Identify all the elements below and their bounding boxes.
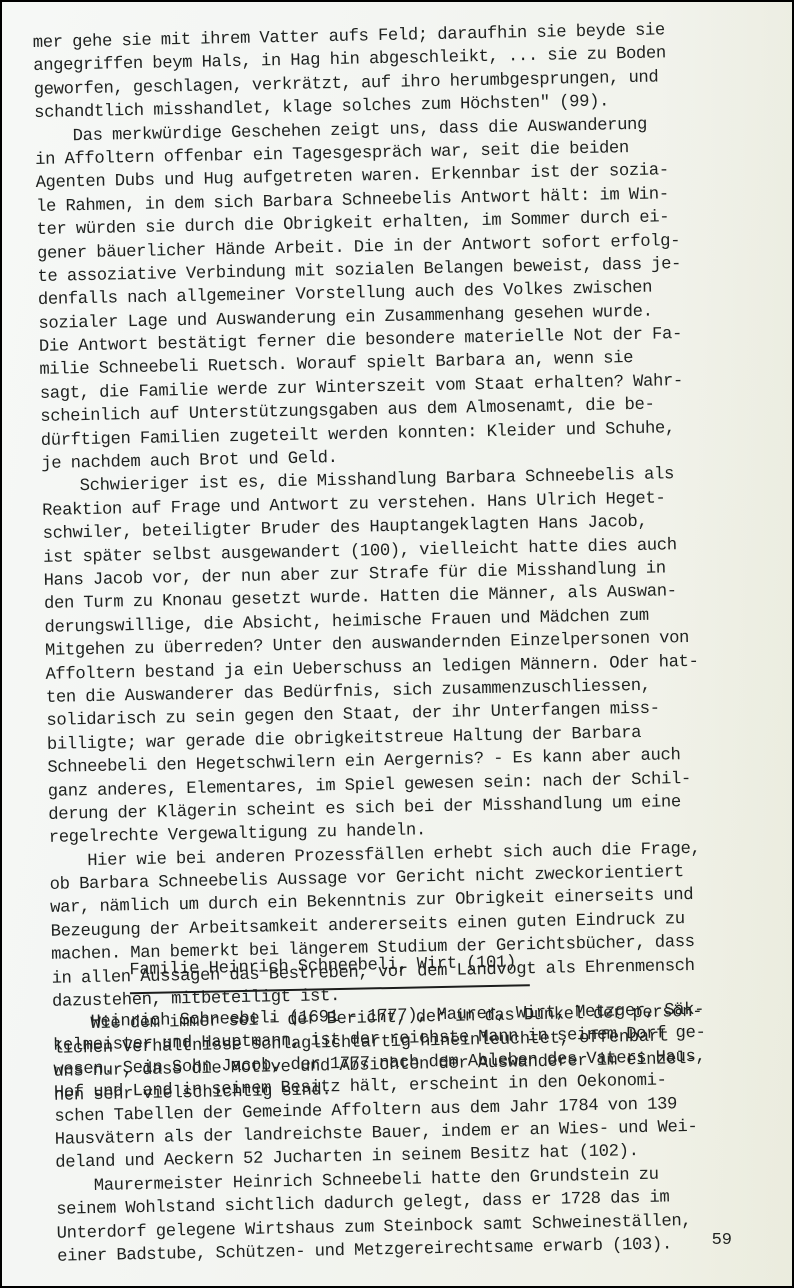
- body-section-2: Heinrich Schneebeli (1691 - 1777), Maure…: [52, 999, 710, 1269]
- paragraph: mer gehe sie mit ihrem Vatter aufs Feld;…: [33, 19, 688, 126]
- paragraph: Das merkwürdige Geschehen zeigt uns, das…: [34, 112, 694, 476]
- paragraph: Heinrich Schneebeli (1691 - 1777), Maure…: [52, 999, 708, 1176]
- body-section-1: mer gehe sie mit ihrem Vatter aufs Feld;…: [33, 19, 708, 1108]
- document-page: mer gehe sie mit ihrem Vatter aufs Feld;…: [2, 2, 792, 1286]
- page-number: 59: [712, 1231, 732, 1250]
- paragraph: Schwieriger ist es, die Misshandlung Bar…: [42, 463, 703, 850]
- paragraph: Maurermeister Heinrich Schneebeli hatte …: [56, 1162, 710, 1269]
